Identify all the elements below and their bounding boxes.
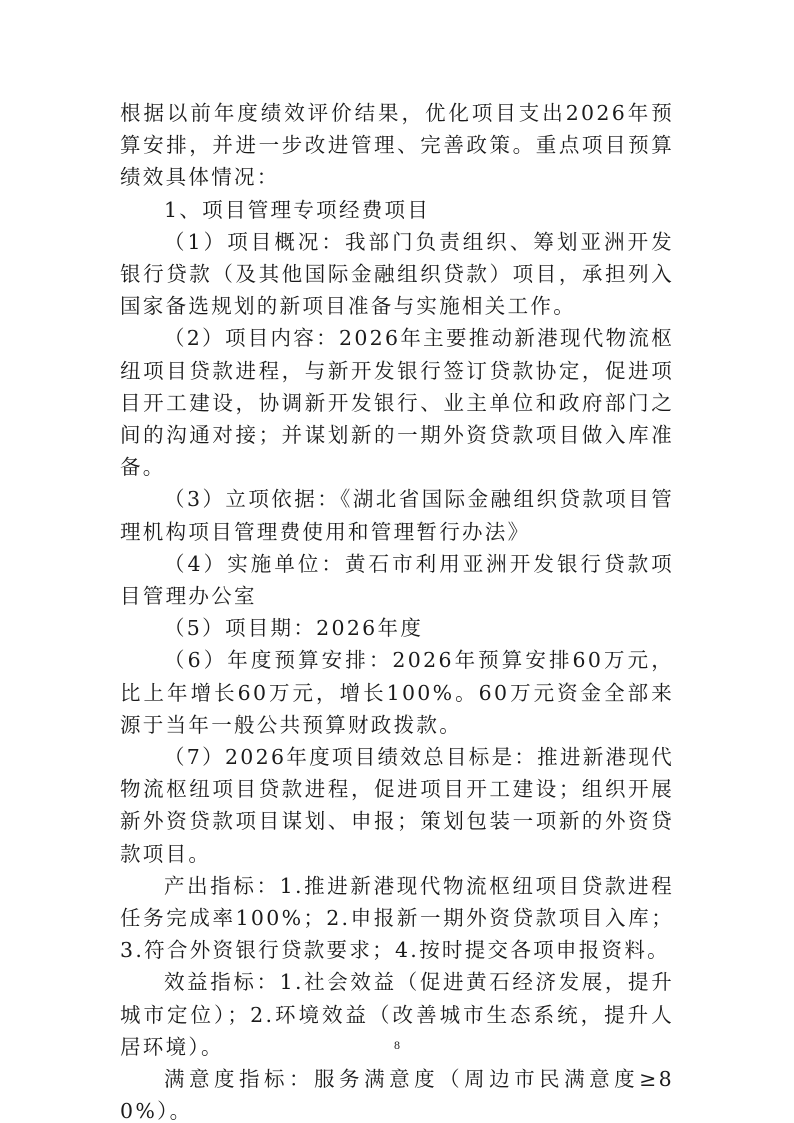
paragraph-project-basis: （3）立项依据：《湖北省国际金融组织贷款项目管理机构项目管理费使用和管理暂行办法… bbox=[120, 483, 674, 547]
paragraph-project-period: （5）项目期：2026年度 bbox=[120, 612, 674, 644]
paragraph-annual-budget: （6）年度预算安排：2026年预算安排60万元，比上年增长60万元，增长100%… bbox=[120, 644, 674, 741]
paragraph-project-overview: （1）项目概况：我部门负责组织、筹划亚洲开发银行贷款（及其他国际金融组织贷款）项… bbox=[120, 226, 674, 323]
paragraph-performance-goal: （7）2026年度项目绩效总目标是：推进新港现代物流枢纽项目贷款进程，促进项目开… bbox=[120, 741, 674, 870]
page-number: 8 bbox=[0, 1038, 794, 1053]
paragraph-implementing-unit: （4）实施单位：黄石市利用亚洲开发银行贷款项目管理办公室 bbox=[120, 548, 674, 612]
paragraph-project-content: （2）项目内容：2026年主要推动新港现代物流枢纽项目贷款进程，与新开发银行签订… bbox=[120, 322, 674, 483]
document-page-body: 根据以前年度绩效评价结果，优化项目支出2026年预算安排，并进一步改进管理、完善… bbox=[120, 97, 674, 1123]
paragraph-satisfaction-indicators: 满意度指标：服务满意度（周边市民满意度≥80%）。 bbox=[120, 1063, 674, 1123]
section-heading-project-management-fund: 1、项目管理专项经费项目 bbox=[120, 194, 674, 226]
paragraph-output-indicators: 产出指标：1.推进新港现代物流枢纽项目贷款进程任务完成率100%；2.申报新一期… bbox=[120, 870, 674, 967]
paragraph-intro: 根据以前年度绩效评价结果，优化项目支出2026年预算安排，并进一步改进管理、完善… bbox=[120, 97, 674, 194]
